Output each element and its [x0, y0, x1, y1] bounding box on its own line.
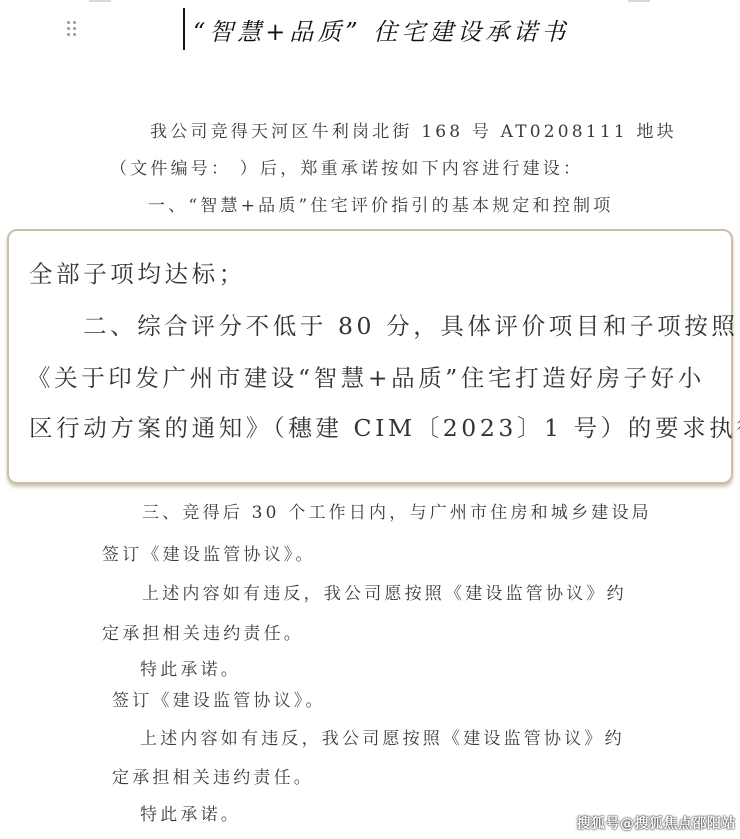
paragraph-line: 签订《建设监管协议》。 — [102, 540, 316, 565]
paragraph-line: （文件编号： ）后，郑重承诺按如下内容进行建设： — [110, 154, 583, 179]
paragraph-line: 特此承诺。 — [140, 655, 241, 680]
paragraph-line: 一、“智慧+品质”住宅评价指引的基本规定和控制项 — [148, 191, 613, 216]
document-title: “智慧+品质” 住宅建设承诺书 — [193, 12, 569, 47]
card-line: 二、综合评分不低于 80 分，具体评价项目和子项按照 — [83, 307, 738, 341]
card-line: 《关于印发广州市建设“智慧+品质”住宅打造好房子好小 — [27, 359, 705, 393]
watermark: 搜狐号@搜狐焦点邵阳站 — [577, 813, 737, 833]
paragraph-line: 上述内容如有违反，我公司愿按照《建设监管协议》约 — [140, 724, 625, 749]
highlight-card: 全部子项均达标； 二、综合评分不低于 80 分，具体评价项目和子项按照 《关于印… — [7, 229, 733, 484]
card-line: 区行动方案的通知》（穗建 CIM〔2023〕1 号）的要求执行； — [29, 409, 740, 443]
paragraph-line: 上述内容如有违反，我公司愿按照《建设监管协议》约 — [142, 579, 627, 604]
paragraph-line: 签订《建设监管协议》。 — [112, 686, 326, 711]
tab-stub-right — [628, 0, 650, 2]
paragraph-line: 定承担相关违约责任。 — [102, 619, 304, 644]
paragraph-line: 定承担相关违约责任。 — [112, 763, 314, 788]
paragraph-line: 三、竞得后 30 个工作日内，与广州市住房和城乡建设局 — [142, 498, 652, 523]
paragraph-line: 特此承诺。 — [140, 800, 241, 825]
tab-stub-left — [89, 0, 111, 2]
drag-handle-icon[interactable] — [66, 20, 78, 38]
paragraph-line: 我公司竞得天河区牛利岗北街 168 号 AT0208111 地块 — [150, 117, 677, 142]
card-line: 全部子项均达标； — [29, 255, 246, 289]
title-divider — [183, 8, 185, 50]
